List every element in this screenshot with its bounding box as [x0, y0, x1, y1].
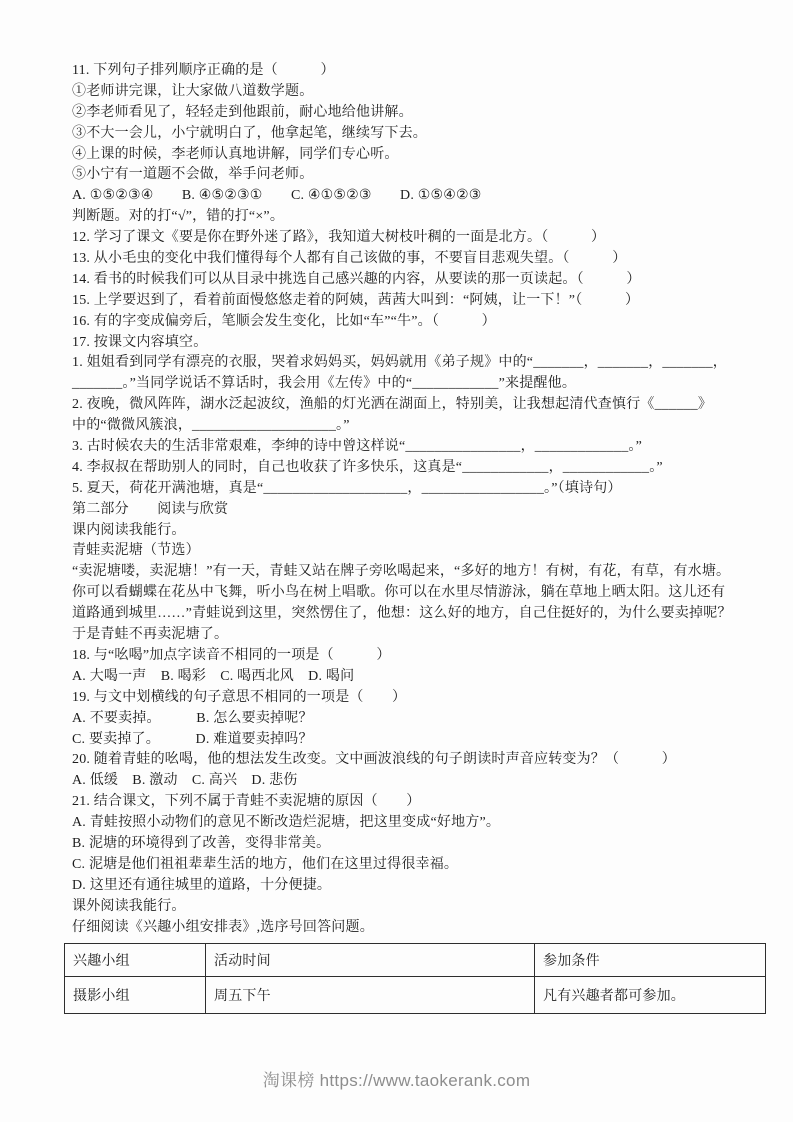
question-18-stem: 18. 与“吆喝”加点字读音不相同的一项是（ ）	[72, 646, 732, 667]
table-header-row: 兴趣小组 活动时间 参加条件	[65, 944, 766, 977]
question-17-stem: 17. 按课文内容填空。	[72, 333, 732, 354]
question-19-stem: 19. 与文中划横线的句子意思不相同的一项是（ ）	[72, 688, 732, 709]
question-15: 15. 上学要迟到了，看着前面慢悠悠走着的阿姨，茜茜大叫到：“阿姨，让一下！”（…	[72, 291, 732, 312]
part-two-heading: 第二部分 阅读与欣赏	[72, 500, 732, 521]
ordered-sentence-1: ①老师讲完课，让大家做八道数学题。	[72, 82, 732, 103]
passage-line-3: 道路通到城里……”青蛙说到这里，突然愣住了，他想：这么好的地方，自己住挺好的，为…	[72, 604, 732, 625]
table-row: 摄影小组 周五下午 凡有兴趣者都可参加。	[65, 977, 766, 1014]
passage-title: 青蛙卖泥塘（节选）	[72, 541, 732, 562]
exam-body: 11. 下列句子排列顺序正确的是（ ） ①老师讲完课，让大家做八道数学题。 ②李…	[72, 61, 732, 1014]
fill-blank-2-line-1: 2. 夜晚，微风阵阵，湖水泛起波纹，渔船的灯光洒在湖面上，特别美，让我想起清代查…	[72, 395, 732, 416]
passage-line-1: “卖泥塘喽，卖泥塘！”有一天，青蛙又站在牌子旁吆喝起来，“多好的地方！有树，有花…	[72, 562, 732, 583]
passage-line-2: 你可以看蝴蝶在花丛中飞舞，听小鸟在树上唱歌。你可以在水里尽情游泳，躺在草地上晒太…	[72, 583, 732, 604]
ordered-sentence-5: ⑤小宁有一道题不会做，举手问老师。	[72, 165, 732, 186]
watermark: 淘课榜 https://www.taokerank.com	[0, 1066, 793, 1091]
question-11-options: A. ①⑤②③④ B. ④⑤②③① C. ④①⑤②③ D. ①⑤④②③	[72, 186, 732, 207]
ordered-sentence-4: ④上课的时候，李老师认真地讲解，同学们专心听。	[72, 145, 732, 166]
fill-blank-1-line-1: 1. 姐姐看到同学有漂亮的衣服，哭着求妈妈买，妈妈就用《弟子规》中的“_____…	[72, 353, 732, 374]
question-21-stem: 21. 结合课文，下列不属于青蛙不卖泥塘的原因（ ）	[72, 792, 732, 813]
question-12: 12. 学习了课文《要是你在野外迷了路》，我知道大树枝叶稠的一面是北方。（ ）	[72, 228, 732, 249]
question-20-stem: 20. 随着青蛙的吆喝，他的想法发生改变。文中画波浪线的句子朗读时声音应转变为？…	[72, 750, 732, 771]
table-cell-condition: 凡有兴趣者都可参加。	[535, 977, 766, 1014]
interest-group-table: 兴趣小组 活动时间 参加条件 摄影小组 周五下午 凡有兴趣者都可参加。	[64, 943, 766, 1014]
table-header-group: 兴趣小组	[65, 944, 206, 977]
fill-blank-3: 3. 古时候农夫的生活非常艰难，李绅的诗中曾这样说“______________…	[72, 437, 732, 458]
judgment-section-heading: 判断题。对的打“√”，错的打“×”。	[72, 207, 732, 228]
exam-document-page: 11. 下列句子排列顺序正确的是（ ） ①老师讲完课，让大家做八道数学题。 ②李…	[0, 0, 793, 1122]
table-header-condition: 参加条件	[535, 944, 766, 977]
question-19-options-ab: A. 不要卖掉。 B. 怎么要卖掉呢？	[72, 709, 732, 730]
question-19-options-cd: C. 要卖掉了。 D. 难道要卖掉吗？	[72, 730, 732, 751]
extracurricular-reading-heading: 课外阅读我能行。	[72, 897, 732, 918]
question-21-option-c: C. 泥塘是他们祖祖辈辈生活的地方，他们在这里过得很幸福。	[72, 855, 732, 876]
fill-blank-1-line-2: _______。”当同学说话不算话时，我会用《左传》中的“___________…	[72, 374, 732, 395]
question-21-option-b: B. 泥塘的环境得到了改善，变得非常美。	[72, 834, 732, 855]
question-21-option-a: A. 青蛙按照小动物们的意见不断改造烂泥塘，把这里变成“好地方”。	[72, 813, 732, 834]
question-13: 13. 从小毛虫的变化中我们懂得每个人都有自己该做的事，不要盲目悲观失望。（ ）	[72, 249, 732, 270]
question-14: 14. 看书的时候我们可以从目录中挑选自己感兴趣的内容，从要读的那一页读起。（ …	[72, 270, 732, 291]
question-16: 16. 有的字变成偏旁后，笔顺会发生变化，比如“车”“牛”。（ ）	[72, 312, 732, 333]
question-18-options: A. 大喝一声 B. 喝彩 C. 喝西北风 D. 喝问	[72, 667, 732, 688]
table-instruction: 仔细阅读《兴趣小组安排表》,选序号回答问题。	[72, 918, 732, 939]
table-cell-time: 周五下午	[206, 977, 535, 1014]
in-class-reading-heading: 课内阅读我能行。	[72, 521, 732, 542]
table-cell-group-name: 摄影小组	[65, 977, 206, 1014]
ordered-sentence-2: ②李老师看见了，轻轻走到他跟前，耐心地给他讲解。	[72, 103, 732, 124]
question-20-options: A. 低缓 B. 激动 C. 高兴 D. 悲伤	[72, 771, 732, 792]
fill-blank-2-line-2: 中的“微微风簇浪，____________________。”	[72, 416, 732, 437]
ordered-sentence-3: ③不大一会儿，小宁就明白了，他拿起笔，继续写下去。	[72, 124, 732, 145]
table-header-time: 活动时间	[206, 944, 535, 977]
fill-blank-2-text: 2. 夜晚，微风阵阵，湖水泛起波纹，渔船的灯光洒在湖面上，特别美，让我想起清代查…	[72, 397, 698, 412]
question-21-option-d: D. 这里还有通往城里的道路，十分便捷。	[72, 876, 732, 897]
fill-blank-4: 4. 李叔叔在帮助别人的同时，自己也收获了许多快乐，这真是“__________…	[72, 458, 732, 479]
fill-blank-5: 5. 夏天，荷花开满池塘，真是“____________________，___…	[72, 479, 732, 500]
fill-blank-2-bracket: 》	[698, 397, 712, 412]
question-11-stem: 11. 下列句子排列顺序正确的是（ ）	[72, 61, 732, 82]
passage-line-4: 于是青蛙不再卖泥塘了。	[72, 625, 732, 646]
